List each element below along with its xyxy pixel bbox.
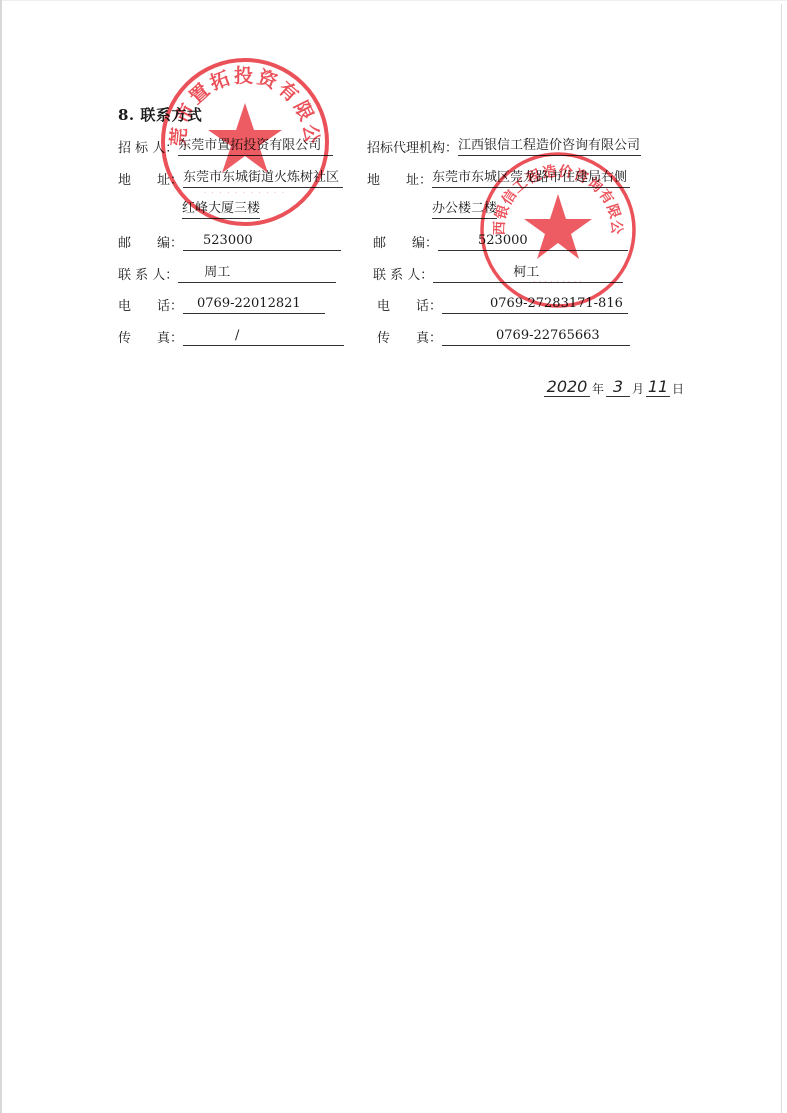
tenderer-address-line2: 红峰大厦三楼 [182, 201, 260, 219]
agency-address-line1: 东莞市东城区莞龙路市住建局右侧 [432, 170, 630, 188]
date-day-unit: 日 [672, 381, 684, 397]
date-month-unit: 月 [632, 381, 644, 397]
agency-phone-value: 0769-27283171-816 [490, 296, 623, 311]
tenderer-contact-value: 周工 [204, 265, 230, 280]
agency-address-label: 地 址： [367, 169, 432, 188]
agency-name-label: 招标代理机构： [367, 137, 458, 156]
tenderer-postcode-row: 邮 编： 523000 [118, 232, 341, 251]
date-day: 11 [646, 378, 670, 397]
agency-postcode-row: 邮 编： 523000 [373, 232, 628, 251]
tenderer-address-row-2: 红峰大厦三楼 [182, 201, 260, 219]
date-year-unit: 年 [592, 381, 604, 397]
svg-text:东莞市置拓投资有限公司: 东莞市置拓投资有限公司 [158, 55, 323, 148]
agency-fax-label: 传 真： [377, 327, 442, 346]
section-number: 8. [118, 106, 135, 124]
agency-name: 江西银信工程造价咨询有限公司 [458, 138, 641, 156]
agency-fax: 0769-22765663 [442, 328, 630, 346]
agency-postcode: 523000 [438, 233, 628, 251]
tenderer-postcode-label: 邮 编： [118, 232, 183, 251]
tenderer-fax-label: 传 真： [118, 327, 183, 346]
agency-address-line2: 办公楼二楼 [432, 201, 497, 219]
tenderer-phone: 0769-22012821 [183, 296, 325, 314]
agency-contact-value: 柯工 [513, 265, 539, 280]
date-month: 3 [606, 378, 630, 397]
tenderer-address-row: 地 址： 东莞市东城街道火炼树社区 [118, 169, 343, 188]
tenderer-phone-label: 电 话： [118, 295, 183, 314]
agency-address-row-2: 办公楼二楼 [432, 201, 497, 219]
agency-contact-row: 联 系 人： 柯工 [373, 264, 623, 283]
agency-contact: 柯工 [433, 265, 623, 283]
signing-date: 2020 年 3 月 11 日 [544, 378, 686, 397]
scan-edge-right [781, 4, 782, 1113]
tenderer-name-row: 招 标 人： 东莞市置拓投资有限公司 [118, 137, 333, 156]
tenderer-name: 东莞市置拓投资有限公司 [178, 138, 333, 156]
svg-text:江西银信工程造价咨询有限公司: 江西银信工程造价咨询有限公司 [478, 150, 624, 236]
agency-postcode-label: 邮 编： [373, 232, 438, 251]
agency-fax-row: 传 真： 0769-22765663 [377, 327, 630, 346]
tenderer-phone-row: 电 话： 0769-22012821 [118, 295, 325, 314]
tenderer-address-line1: 东莞市东城街道火炼树社区 [183, 170, 343, 188]
tenderer-fax-value: / [235, 328, 239, 343]
scan-edge-left [0, 0, 2, 1113]
tenderer-address-label: 地 址： [118, 169, 183, 188]
svg-text:· · · · · · · · · · ·: · · · · · · · · · · · [204, 190, 286, 197]
tenderer-contact-label: 联 系 人： [118, 264, 178, 283]
tenderer-fax-row: 传 真： / [118, 327, 344, 346]
tenderer-contact-row: 联 系 人： 周工 [118, 264, 336, 283]
tenderer-name-label: 招 标 人： [118, 137, 178, 156]
agency-phone-label: 电 话： [377, 295, 442, 314]
agency-address-row: 地 址： 东莞市东城区莞龙路市住建局右侧 [367, 169, 630, 188]
tenderer-contact: 周工 [178, 265, 336, 283]
section-heading: 8. 联系方式 [118, 104, 202, 125]
agency-phone: 0769-27283171-816 [442, 296, 628, 314]
tenderer-postcode: 523000 [183, 233, 341, 251]
scan-edge-top [0, 0, 787, 1]
agency-fax-value: 0769-22765663 [496, 328, 600, 343]
agency-contact-label: 联 系 人： [373, 264, 433, 283]
section-title: 联系方式 [140, 106, 202, 124]
date-year: 2020 [544, 378, 590, 397]
agency-phone-row: 电 话： 0769-27283171-816 [377, 295, 628, 314]
agency-postcode-value: 523000 [478, 233, 528, 248]
agency-name-row: 招标代理机构： 江西银信工程造价咨询有限公司 [367, 137, 641, 156]
tenderer-phone-value: 0769-22012821 [197, 296, 301, 311]
tenderer-postcode-value: 523000 [203, 233, 253, 248]
tenderer-fax: / [183, 328, 344, 346]
